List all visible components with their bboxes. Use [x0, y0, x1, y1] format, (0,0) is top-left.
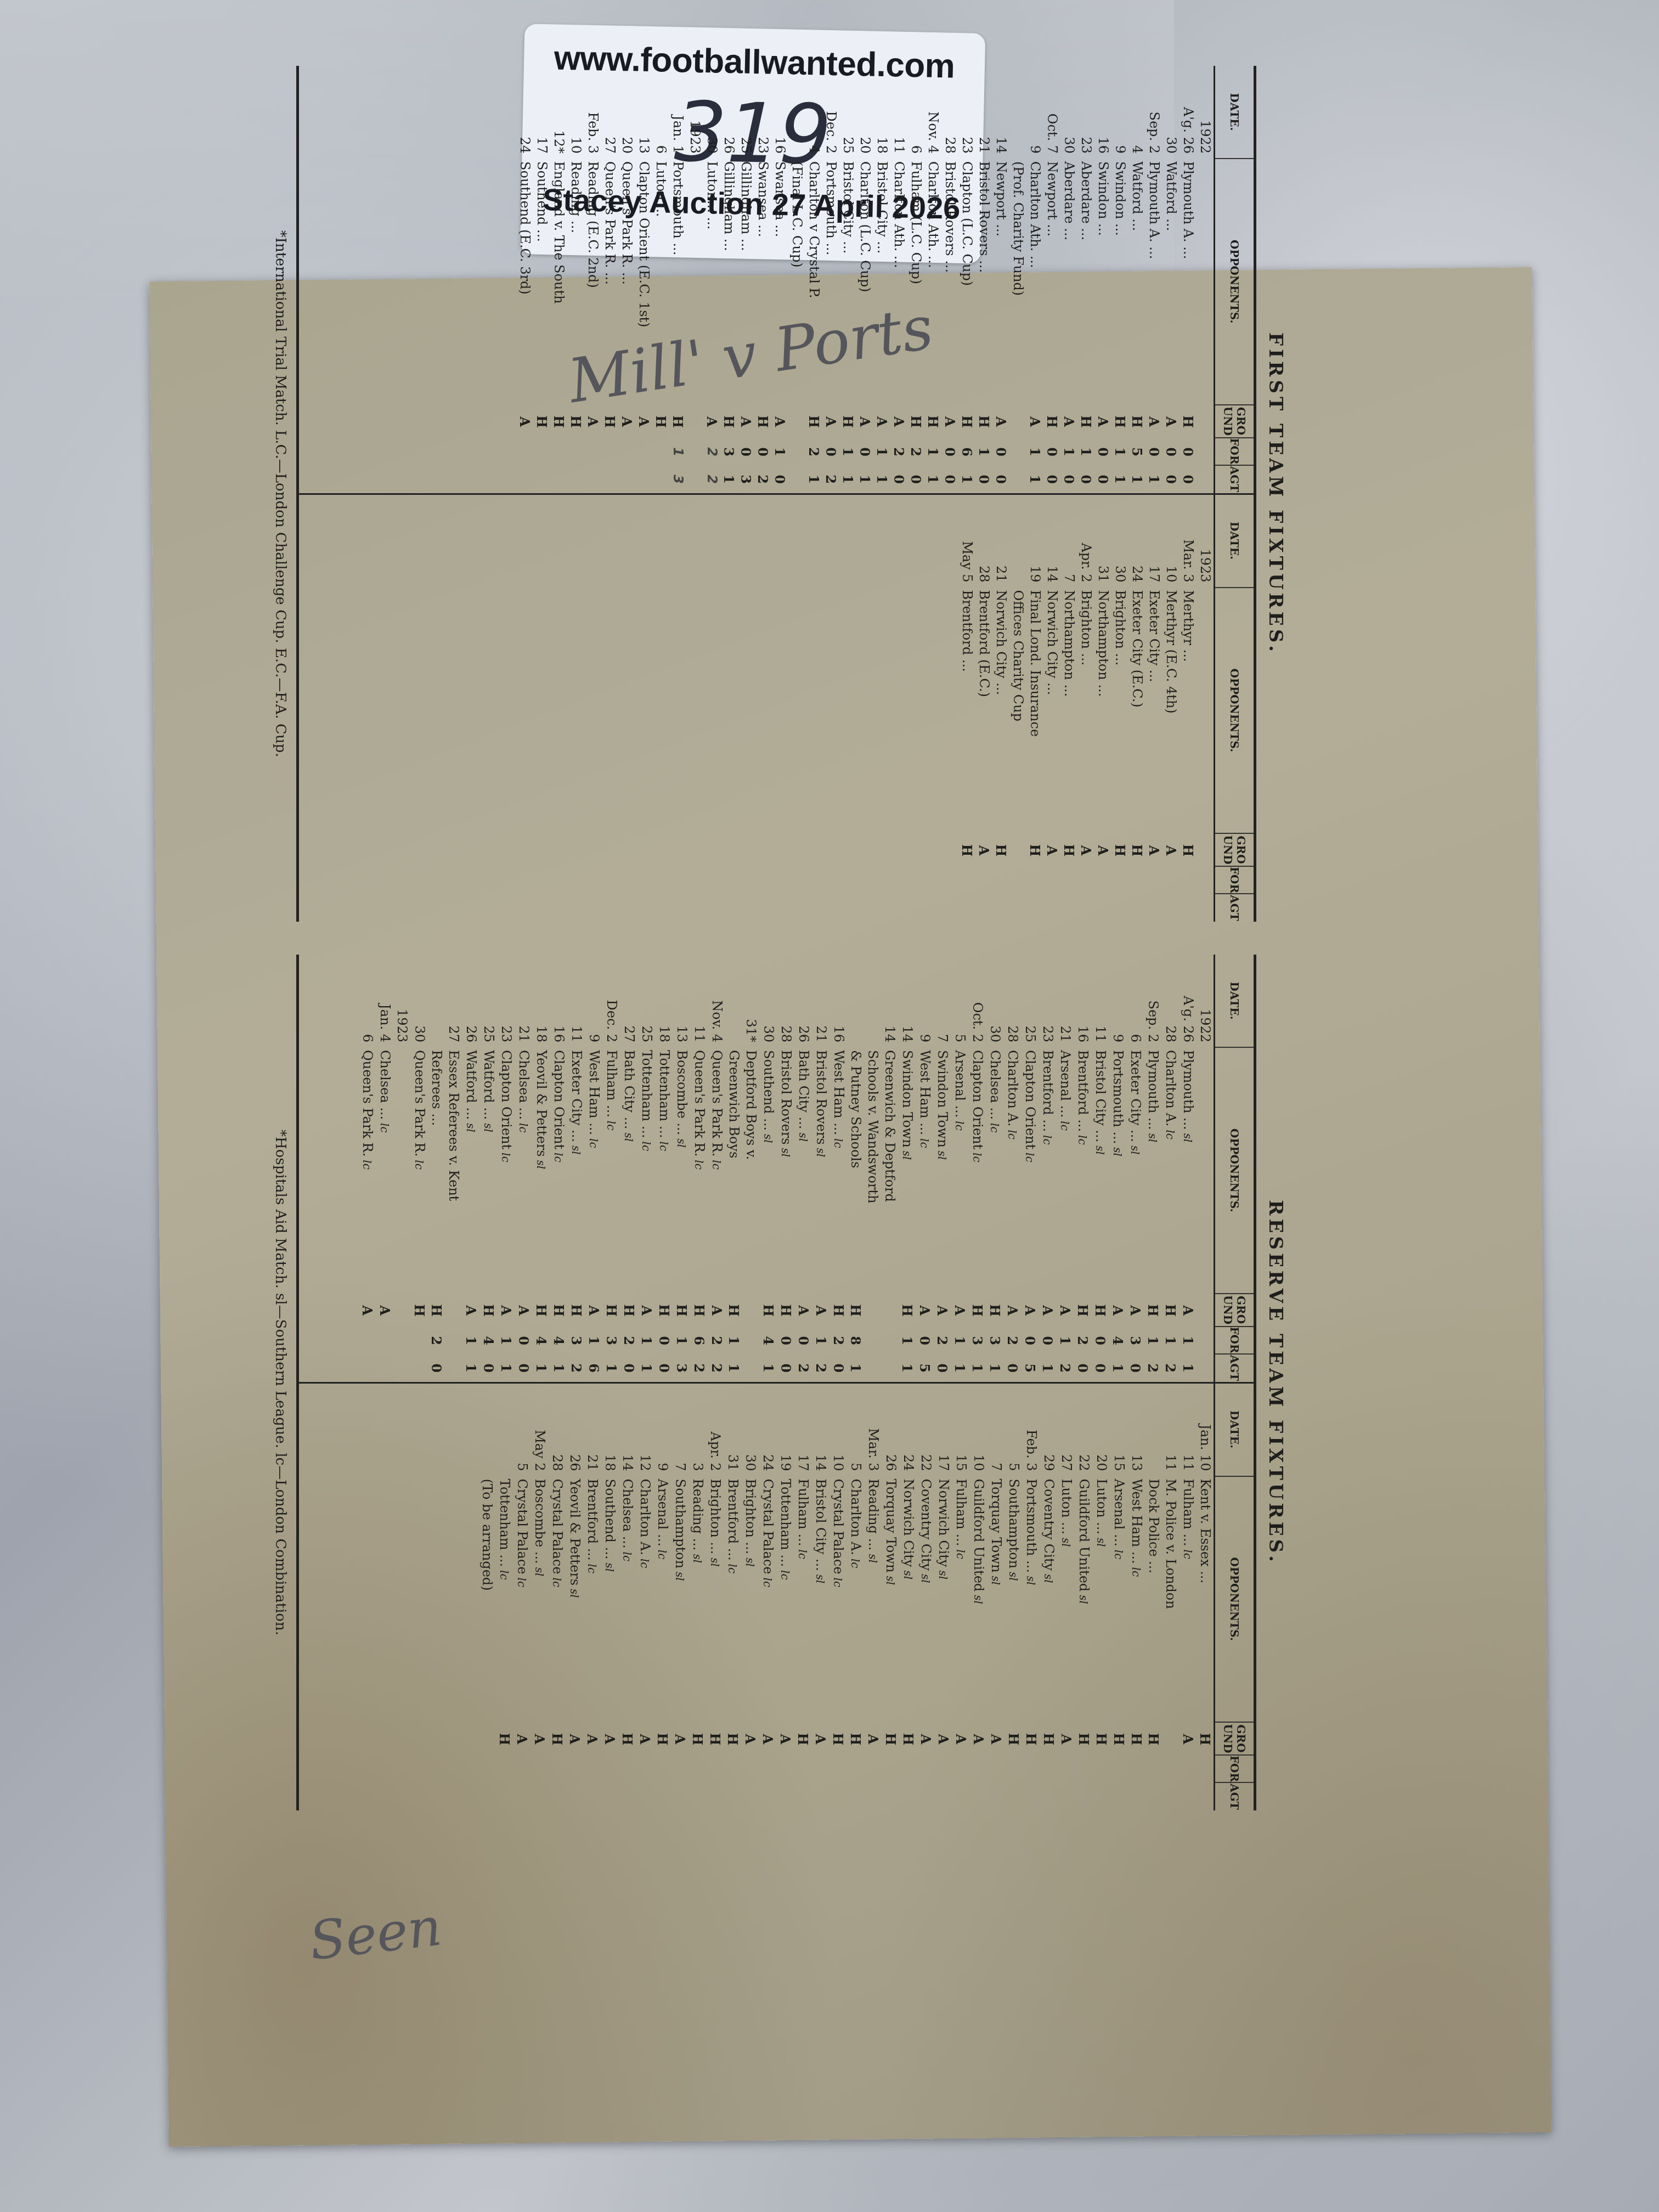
- fixture-goals-against: 1: [951, 1355, 968, 1382]
- fixture-opponent: Coventry Citysl: [917, 1477, 934, 1723]
- fixture-goals-for: 3: [720, 438, 737, 466]
- fixture-ground: [864, 1294, 881, 1327]
- fixture-ground: H: [602, 1294, 620, 1327]
- fixture-ground: A: [1077, 834, 1094, 867]
- fixture-ground: H: [673, 1294, 690, 1327]
- fixture-goals-against: 1: [968, 1355, 986, 1382]
- fixture-row: 22Guildford UnitedslH: [1075, 1384, 1092, 1811]
- fixture-opponent: Charlton (L.C. Cup): [856, 159, 873, 405]
- fixture-opponent: Watford ...sl: [462, 1048, 479, 1294]
- fixture-ground: [1162, 1723, 1179, 1756]
- fixture-row: 20Luton ...slH: [1092, 1384, 1110, 1811]
- fixture-opponent: Greenwich & Deptford: [881, 1048, 898, 1294]
- fixture-date: 4: [805, 66, 822, 159]
- fixture-goals-for: [513, 1756, 531, 1783]
- fixture-date: Nov. 4: [708, 955, 725, 1048]
- fixture-ground: A: [708, 1294, 725, 1327]
- fixture-goals-for: [531, 1756, 548, 1783]
- fixture-ground: A: [890, 405, 907, 438]
- fixture-ground: H: [652, 405, 669, 438]
- fixture-opponent: Brighton ...: [1111, 588, 1128, 834]
- fixture-goals-against: [1197, 894, 1214, 922]
- fixture-ground: [1197, 1294, 1214, 1327]
- fixture-opponent: Fulham ...lc: [794, 1477, 811, 1723]
- fixture-opponent: Clapton Orientlc: [968, 1048, 986, 1294]
- fixture-goals-against: [636, 1783, 653, 1810]
- fixture-goals-for: [495, 1756, 513, 1783]
- fixture-row: 17Norwich CityslA: [934, 1384, 952, 1811]
- fixture-date: 30: [759, 955, 777, 1048]
- fixture-goals-against: 0: [933, 1355, 951, 1382]
- fixture-ground: H: [690, 1294, 708, 1327]
- fixture-goals-for: 0: [1180, 438, 1197, 466]
- fixture-date: 28: [975, 495, 992, 588]
- fixture-goals-against: 1: [898, 1355, 916, 1382]
- fixture-goals-for: 0: [992, 438, 1009, 466]
- fixture-goals-for: [847, 1756, 864, 1783]
- fixture-goals-against: 0: [1091, 1355, 1109, 1382]
- competition-code: lc: [550, 1577, 563, 1587]
- first-team-panel: FIRST TEAM FIXTURES. DATE. OPPONENTS. GR…: [241, 66, 1295, 922]
- fixture-goals-against: 0: [890, 466, 907, 493]
- fixture-goals-for: 0: [1094, 438, 1111, 466]
- fixture-date: 31*: [742, 955, 759, 1048]
- fixture-opponent: Yeovil & Petterssl: [532, 1048, 550, 1294]
- fixture-opponent: Chelsea ...lc: [376, 1048, 393, 1294]
- fixture-goals-against: [987, 1783, 1005, 1810]
- fixture-date: 1923: [393, 955, 410, 1048]
- fixture-ground: A: [1163, 834, 1180, 867]
- fixture-opponent: Merthyr ...: [1180, 588, 1197, 834]
- fixture-goals-against: [899, 1783, 917, 1810]
- fixture-ground: A: [703, 405, 720, 438]
- fixture-ground: A: [771, 405, 788, 438]
- fixture-goals-against: [1145, 894, 1163, 922]
- fixture-goals-against: 3: [669, 466, 686, 493]
- fixture-goals-for: [975, 867, 992, 894]
- fixture-row: 21Arsenal ...lcA12: [1056, 955, 1074, 1382]
- fixture-row: 9Arsenal ...lcH: [653, 1384, 671, 1811]
- fixture-date: 31: [724, 1384, 741, 1477]
- fixture-ground: H: [410, 1294, 428, 1327]
- fixture-date: 17: [934, 1384, 952, 1477]
- fixture-goals-against: [652, 466, 669, 493]
- fixture-goals-against: 2: [690, 1355, 708, 1382]
- competition-code: lc: [517, 1123, 530, 1133]
- fixture-opponent: Essex Referees v. Kent: [445, 1048, 462, 1294]
- fixture-ground: A: [566, 1723, 583, 1756]
- fixture-row: 16West Ham ...lcH20: [830, 955, 847, 1382]
- fixture-opponent: Bristol Rovers ...: [941, 159, 958, 405]
- fixture-opponent: Bath City ...sl: [620, 1048, 637, 1294]
- fixture-date: 6: [358, 955, 376, 1048]
- fixture-row: 10Merthyr (E.C. 4th)A: [1163, 495, 1180, 922]
- fixture-goals-for: 1: [462, 1327, 479, 1355]
- fixture-row: Feb. 3Reading (E.C. 2nd)A: [584, 66, 601, 493]
- fixture-goals-for: [1009, 867, 1026, 894]
- fixture-goals-against: 1: [725, 1355, 742, 1382]
- fixture-date: Oct. 2: [968, 955, 986, 1048]
- fixture-opponent: Charlton Ath. ...: [890, 159, 907, 405]
- fixture-goals-against: 0: [1043, 466, 1060, 493]
- fixture-row: 25Bristol City ...H11: [839, 66, 856, 493]
- fixture-row: 21Brentford ...lcA: [583, 1384, 601, 1811]
- fixture-goals-for: 4: [759, 1327, 777, 1355]
- fixture-goals-against: [1075, 1783, 1092, 1810]
- fixture-date: Sep. 2: [1144, 955, 1161, 1048]
- fixture-ground: H: [620, 1294, 637, 1327]
- fixture-goals-for: [788, 438, 805, 466]
- fixture-goals-for: [987, 1756, 1005, 1783]
- fixture-ground: A: [864, 1723, 882, 1756]
- fixture-date: 15: [952, 1384, 969, 1477]
- fixture-goals-against: [567, 466, 584, 493]
- competition-code: sl: [1024, 1576, 1037, 1585]
- fixture-ground: A: [951, 1294, 968, 1327]
- fixture-goals-for: 0: [754, 438, 771, 466]
- fixture-goals-for: [686, 438, 703, 466]
- fixture-date: 30: [410, 955, 428, 1048]
- fixture-ground: H: [794, 1723, 811, 1756]
- fixture-ground: A: [462, 1294, 479, 1327]
- fixture-row: Jan. 4Chelsea ...lcA: [376, 955, 393, 1382]
- fixture-goals-for: 2: [1003, 1327, 1021, 1355]
- first-team-right-table: DATE. OPPONENTS. GRO UND FOR AGT 1923Mar…: [299, 495, 1254, 922]
- fixture-goals-against: 1: [1109, 1355, 1126, 1382]
- fixture-goals-for: 2: [890, 438, 907, 466]
- fixture-goals-for: [1022, 1756, 1040, 1783]
- fixture-row: 4Charlton v Crystal P.H21: [805, 66, 822, 493]
- fixture-row: Oct. 2Clapton OrientlcH31: [968, 955, 986, 1382]
- fixture-row: 26Bath City ...slA02: [794, 955, 812, 1382]
- fixture-row: Mar. 3Reading ...slA: [864, 1384, 882, 1811]
- fixture-opponent: Watford ...: [1163, 159, 1180, 405]
- fixture-goals-against: [917, 1783, 934, 1810]
- fixture-goals-for: [601, 438, 618, 466]
- competition-code: sl: [814, 1575, 827, 1584]
- fixture-goals-for: [759, 1756, 776, 1783]
- fixture-row: 9West Ham ...lcA16: [585, 955, 602, 1382]
- fixture-opponent: Plymouth A. ...: [1180, 159, 1197, 405]
- fixture-opponent: Norwich Citysl: [934, 1477, 952, 1723]
- fixture-goals-against: [1009, 894, 1026, 922]
- fixture-date: 13: [1127, 1384, 1145, 1477]
- fixture-date: 23: [958, 66, 975, 159]
- fixture-goals-against: [1127, 1783, 1145, 1810]
- fixture-goals-for: [533, 438, 550, 466]
- fixture-date: 17: [794, 1384, 811, 1477]
- fixture-date: 18: [601, 1384, 618, 1477]
- fixture-date: 7: [987, 1384, 1005, 1477]
- fixture-goals-for: [742, 1327, 759, 1355]
- fixture-row: 21Norwich City ...H: [992, 495, 1009, 922]
- fixture-date: Apr. 2: [706, 1384, 724, 1477]
- fixture-row: 9Charlton Ath. ...A11: [1026, 66, 1043, 493]
- fixture-opponent: Watford ...: [1128, 159, 1145, 405]
- fixture-goals-against: 0: [428, 1355, 445, 1382]
- fixture-date: Oct. 7: [1043, 66, 1060, 159]
- fixture-date: 21: [515, 955, 532, 1048]
- competition-code: lc: [970, 1153, 984, 1163]
- fixture-row: 14Newport ...A00: [992, 66, 1009, 493]
- fixture-goals-for: 1: [673, 1327, 690, 1355]
- fixture-goals-against: 2: [708, 1355, 725, 1382]
- fixture-date: 11: [690, 955, 708, 1048]
- fixture-row: 11Exeter City ...slH32: [567, 955, 585, 1382]
- fixture-row: 31*Deptford Boys v.: [742, 955, 759, 1382]
- fixture-ground: A: [917, 1723, 934, 1756]
- fixture-row: 25Gillingham ...A03: [737, 66, 754, 493]
- fixture-goals-for: 4: [1109, 1327, 1126, 1355]
- fixture-row: Dec. 2Fulham ...lcH31: [602, 955, 620, 1382]
- fixture-goals-for: [393, 1327, 410, 1355]
- fixture-goals-against: [864, 1783, 882, 1810]
- fixture-goals-against: [601, 1783, 618, 1810]
- fixture-row: 11Fulham ...lcA: [1179, 1384, 1197, 1811]
- competition-code: lc: [954, 1549, 967, 1559]
- fixture-row: 14Bristol City ...slA: [811, 1384, 829, 1811]
- fixture-goals-for: [358, 1327, 376, 1355]
- fixture-goals-for: 6: [958, 438, 975, 466]
- competition-code: lc: [638, 1559, 651, 1568]
- fixture-row: & Putney SchoolsH81: [847, 955, 864, 1382]
- fixture-date: 15: [1110, 1384, 1127, 1477]
- competition-code: lc: [1076, 1135, 1089, 1145]
- fixture-ground: H: [907, 405, 924, 438]
- fixture-date: 9: [585, 955, 602, 1048]
- fixture-goals-for: [1060, 867, 1077, 894]
- fixture-goals-against: [1162, 1783, 1179, 1810]
- fixture-ground: A: [583, 1723, 601, 1756]
- fixture-row: (To be arranged): [478, 1384, 495, 1811]
- fixture-goals-for: [1057, 1756, 1075, 1783]
- competition-code: sl: [989, 1576, 1002, 1585]
- fixture-opponent: Bristol Roverssl: [812, 1048, 830, 1294]
- fixture-goals-against: [776, 1783, 794, 1810]
- fixture-goals-for: [1128, 867, 1145, 894]
- fixture-row: Jan. 1Portsmouth ...H13: [669, 66, 686, 493]
- fixture-goals-for: [969, 1756, 987, 1783]
- fixture-goals-against: [741, 1783, 759, 1810]
- fixture-date: May 2: [531, 1384, 548, 1477]
- fixture-date: 28: [548, 1384, 566, 1477]
- fixture-date: 9: [1026, 66, 1043, 159]
- fixture-date: 20: [856, 66, 873, 159]
- fixture-opponent: Reading ...: [567, 159, 584, 405]
- fixture-goals-against: 0: [777, 1355, 794, 1382]
- competition-code: sl: [603, 1563, 616, 1572]
- fixture-row: Dock Police ...H: [1145, 1384, 1162, 1811]
- fixture-goals-for: 2: [708, 1327, 725, 1355]
- fixture-goals-against: 5: [1021, 1355, 1039, 1382]
- fixture-ground: A: [601, 1723, 618, 1756]
- fixture-goals-for: [548, 1756, 566, 1783]
- fixture-goals-against: 1: [1128, 466, 1145, 493]
- fixture-goals-for: 2: [805, 438, 822, 466]
- fixture-row: Mar. 3Merthyr ...H: [1180, 495, 1197, 922]
- fixture-goals-for: 0: [1043, 438, 1060, 466]
- fixture-opponent: Chelsea ...lc: [986, 1048, 1003, 1294]
- fixture-opponent: Dock Police ...: [1145, 1477, 1162, 1723]
- fixture-opponent: Swindon ...: [1094, 159, 1111, 405]
- fixture-row: 24Crystal PalacelcA: [759, 1384, 776, 1811]
- fixture-row: A'g. 26Plymouth A. ...H00: [1180, 66, 1197, 493]
- fixture-goals-against: [393, 1355, 410, 1382]
- fixture-row: 23Aberdare ...H10: [1077, 66, 1094, 493]
- fixture-ground: [393, 1294, 410, 1327]
- fixture-row: Feb. 3Portsmouth ...slH: [1022, 1384, 1040, 1811]
- fixture-date: 25: [479, 955, 497, 1048]
- fixture-goals-for: [636, 1756, 653, 1783]
- fixture-goals-for: [1094, 867, 1111, 894]
- fixture-date: 27: [445, 955, 462, 1048]
- fixture-ground: H: [1128, 834, 1145, 867]
- fixture-goals-for: [445, 1327, 462, 1355]
- fixture-opponent: Arsenal ...lc: [1056, 1048, 1074, 1294]
- fixture-ground: A: [1057, 1723, 1075, 1756]
- fixture-goals-for: [584, 438, 601, 466]
- fixture-opponent: Tottenham ...lc: [637, 1048, 655, 1294]
- fixture-opponent: Queen's Park R. ...: [601, 159, 618, 405]
- fixture-ground: A: [358, 1294, 376, 1327]
- fixture-opponent: Southamptonsl: [1005, 1477, 1022, 1723]
- fixture-row: 18Yeovil & PettersslH41: [532, 955, 550, 1382]
- fixture-row: 13Clapton Orient (E.C. 1st)A: [635, 66, 652, 493]
- fixture-date: [495, 1384, 513, 1477]
- fixture-ground: H: [725, 1294, 742, 1327]
- fixture-opponent: Southend (E.C. 3rd): [516, 159, 533, 405]
- first-team-title: FIRST TEAM FIXTURES.: [1256, 66, 1295, 922]
- fixture-date: 13: [673, 955, 690, 1048]
- fixture-opponent: Queen's Park R.lc: [358, 1048, 376, 1294]
- fixture-date: [725, 955, 742, 1048]
- fixture-goals-for: [882, 1756, 899, 1783]
- fixture-opponent: England v. The South: [550, 159, 567, 405]
- fixture-opponent: Final Lond. Insurance: [1026, 588, 1043, 834]
- fixture-goals-for: [1197, 438, 1214, 466]
- fixture-date: Sep. 2: [1145, 66, 1163, 159]
- fixture-row: 10Reading ...H: [567, 66, 584, 493]
- fixture-opponent: Guildford Unitedsl: [969, 1477, 987, 1723]
- fixture-goals-against: 1: [805, 466, 822, 493]
- fixture-date: 16: [771, 66, 788, 159]
- fixture-date: 20: [1092, 1384, 1110, 1477]
- fixture-goals-against: [1057, 1783, 1075, 1810]
- fixture-goals-against: [584, 466, 601, 493]
- fixture-row: 27Essex Referees v. Kent: [445, 955, 462, 1382]
- fixture-ground: A: [1021, 1294, 1039, 1327]
- fixture-date: 14: [811, 1384, 829, 1477]
- fixture-opponent: Tottenham ...lc: [776, 1477, 794, 1723]
- fixture-opponent: Charlton A.lc: [1161, 1048, 1179, 1294]
- fixture-opponent: Southend ...sl: [601, 1477, 618, 1723]
- fixture-goals-against: 1: [637, 1355, 655, 1382]
- fixture-ground: H: [653, 1723, 671, 1756]
- fixture-opponent: Clapton (L.C. Cup): [958, 159, 975, 405]
- fixture-date: 12*: [550, 66, 567, 159]
- fixture-opponent: Portsmouth ...sl: [1022, 1477, 1040, 1723]
- fixture-goals-against: 0: [479, 1355, 497, 1382]
- fixture-goals-against: 2: [1144, 1355, 1161, 1382]
- fixture-ground: H: [1127, 1723, 1145, 1756]
- fixture-goals-against: [478, 1783, 495, 1810]
- fixture-opponent: (Prof. Charity Fund): [1009, 159, 1026, 405]
- competition-code: lc: [498, 1570, 511, 1580]
- competition-code: sl: [935, 1151, 949, 1160]
- fixture-date: 28: [1161, 955, 1179, 1048]
- fixture-goals-for: [566, 1756, 583, 1783]
- fixture-ground: H: [1074, 1294, 1091, 1327]
- competition-code: lc: [1112, 1550, 1125, 1560]
- fixture-goals-for: [724, 1756, 741, 1783]
- competition-code: lc: [1058, 1121, 1071, 1131]
- fixture-row: 28Crystal PalacelcH: [548, 1384, 566, 1811]
- competition-code: lc: [585, 1564, 599, 1574]
- fixture-row: 16Brentford ...lcH20: [1074, 955, 1091, 1382]
- fixture-goals-for: 0: [1145, 438, 1163, 466]
- fixture-ground: A: [584, 405, 601, 438]
- fixture-opponent: Charlton v Crystal P.: [805, 159, 822, 405]
- fixture-goals-against: 1: [873, 466, 890, 493]
- fixture-ground: [686, 405, 703, 438]
- reserve-team-right-table: DATE. OPPONENTS. GRO UND FOR AGT Jan. 10…: [299, 1384, 1254, 1811]
- fixture-goals-for: 0: [794, 1327, 812, 1355]
- fixture-goals-for: 0: [777, 1327, 794, 1355]
- fixture-opponent: West Ham ...lc: [585, 1048, 602, 1294]
- fixture-goals-for: 4: [550, 1327, 567, 1355]
- fixture-date: 26: [462, 955, 479, 1048]
- fixture-date: 4: [1128, 66, 1145, 159]
- fixture-opponent: Charlton A.lc: [636, 1477, 653, 1723]
- competition-code: sl: [534, 1160, 548, 1170]
- fixture-goals-against: [653, 1783, 671, 1810]
- fixture-ground: A: [741, 1723, 759, 1756]
- competition-code: lc: [849, 1559, 862, 1568]
- fixture-row: 25Watford ...slH40: [479, 955, 497, 1382]
- fixture-opponent: Brentford ...lc: [1039, 1048, 1056, 1294]
- fixture-row: 26Yeovil & PettersslA: [566, 1384, 583, 1811]
- fixture-opponent: Reading ...sl: [689, 1477, 706, 1723]
- fixture-opponent: Brentford ...: [958, 588, 975, 834]
- fixture-row: 18Tottenham ...lcH00: [655, 955, 673, 1382]
- fixture-goals-for: [583, 1756, 601, 1783]
- fixture-opponent: Queen's Park R. ...: [618, 159, 635, 405]
- fixture-goals-for: [917, 1756, 934, 1783]
- reserve-team-left-table: DATE. OPPONENTS. GRO UND FOR AGT 1922A'g…: [299, 955, 1254, 1384]
- fixture-opponent: Brentford ...lc: [1074, 1048, 1091, 1294]
- fixture-goals-for: [1180, 867, 1197, 894]
- fixture-goals-against: [618, 466, 635, 493]
- fixture-date: 11: [1091, 955, 1109, 1048]
- fixture-goals-against: 0: [975, 466, 992, 493]
- fixture-row: 23Clapton (L.C. Cup)H61: [958, 66, 975, 493]
- fixture-opponent: Chelsea ...lc: [618, 1477, 636, 1723]
- fixture-ground: H: [618, 1723, 636, 1756]
- fixture-goals-for: [1162, 1756, 1179, 1783]
- fixture-goals-against: 1: [1145, 466, 1163, 493]
- fixture-row: 21Chelsea ...lcA00: [515, 955, 532, 1382]
- fixture-goals-against: [566, 1783, 583, 1810]
- fixture-row: 27Queen's Park R. ...H: [601, 66, 618, 493]
- fixture-goals-against: 1: [462, 1355, 479, 1382]
- fixture-goals-for: [1075, 1756, 1092, 1783]
- fixture-ground: A: [635, 405, 652, 438]
- fixture-opponent: Queen's Park R.lc: [410, 1048, 428, 1294]
- fixture-date: 19: [1026, 495, 1043, 588]
- competition-code: sl: [569, 1145, 583, 1155]
- competition-code: sl: [779, 1148, 792, 1158]
- fixture-goals-against: [975, 894, 992, 922]
